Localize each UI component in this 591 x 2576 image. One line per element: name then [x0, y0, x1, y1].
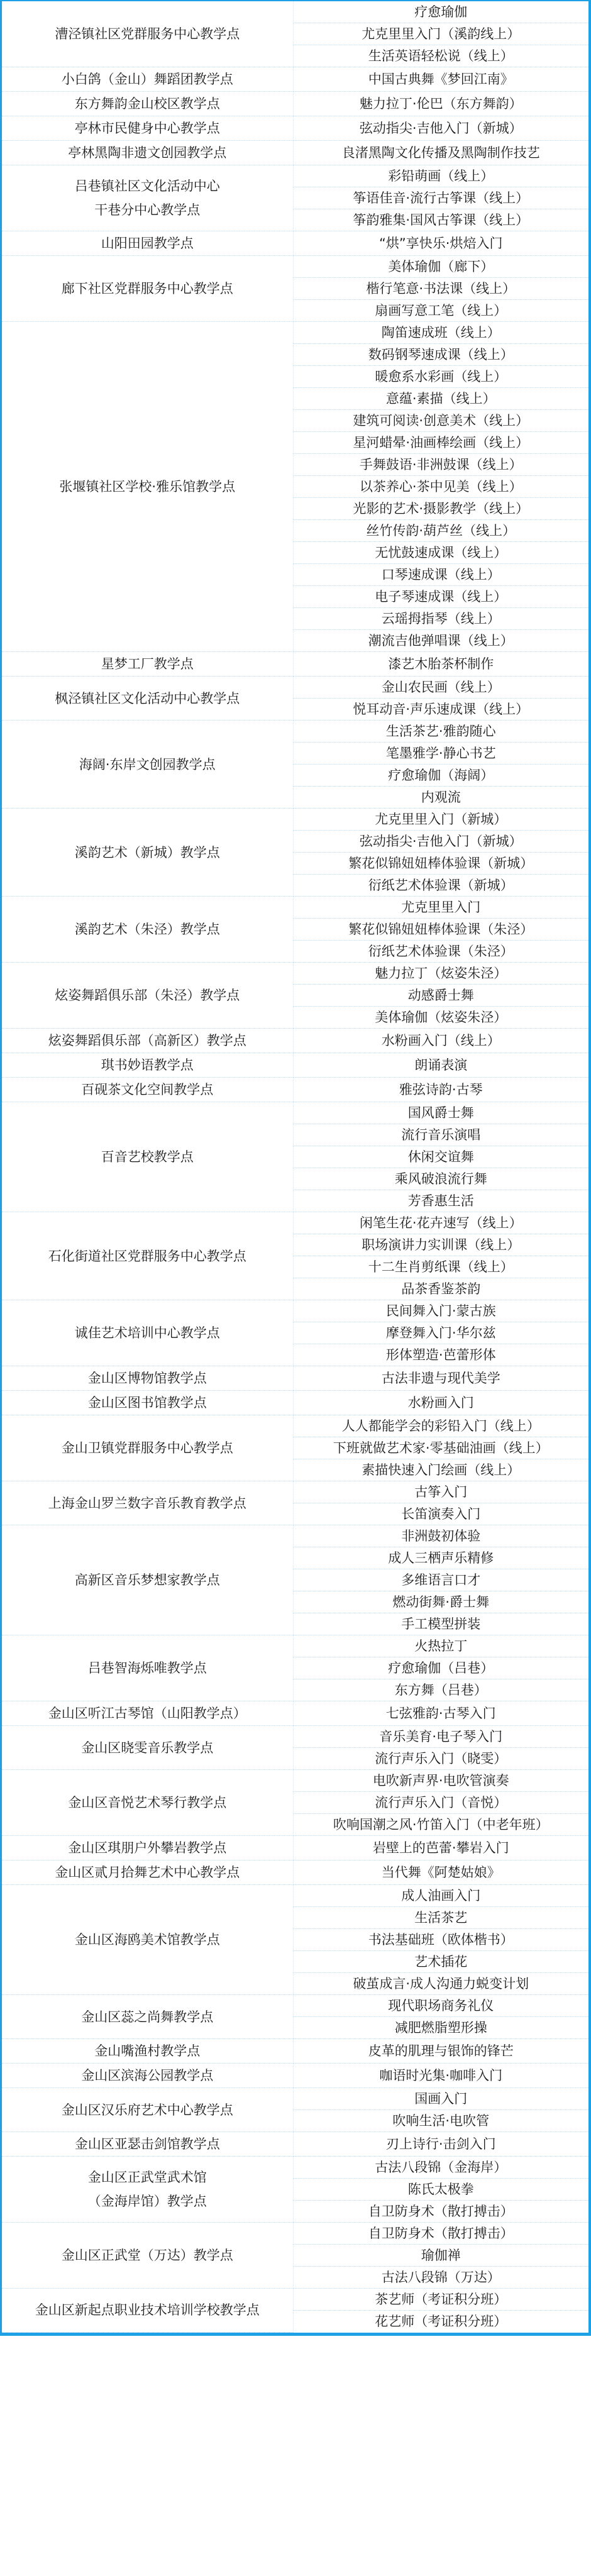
course-cell: 古筝入门	[293, 1481, 588, 1503]
table-body: 漕泾镇社区党群服务中心教学点疗愈瑜伽尤克里里入门（溪韵线上）生活英语轻松说（线上…	[2, 1, 588, 2332]
course-cell: “烘”享快乐·烘焙入门	[293, 231, 588, 256]
course-cell: 多维语言口才	[293, 1569, 588, 1591]
venue-cell: 金山嘴渔村教学点	[2, 2039, 293, 2064]
venue-name: 琪书妙语教学点	[4, 1053, 290, 1077]
venue-name: 漕泾镇社区党群服务中心教学点	[4, 22, 290, 46]
venue-name: 百砚茶文化空间教学点	[4, 1078, 290, 1102]
venue-cell: 金山区正武堂武术馆（金海岸馆）教学点	[2, 2157, 293, 2223]
table-row: 漕泾镇社区党群服务中心教学点疗愈瑜伽	[2, 1, 588, 23]
course-cell: 形体塑造·芭蕾形体	[293, 1344, 588, 1366]
table-row: 炫姿舞蹈俱乐部（高新区）教学点水粉画入门（线上）	[2, 1029, 588, 1053]
course-cell: 火热拉丁	[293, 1635, 588, 1657]
course-cell: 自卫防身术（散打搏击）	[293, 2201, 588, 2223]
table-row: 诚佳艺术培训中心教学点民间舞入门·蒙古族	[2, 1300, 588, 1322]
venue-name: 亭林市民健身中心教学点	[4, 116, 290, 140]
venue-name: 金山区音悦艺术琴行教学点	[4, 1791, 290, 1815]
venue-name: 山阳田园教学点	[4, 231, 290, 255]
venue-name: 金山区琪朋户外攀岩教学点	[4, 1836, 290, 1860]
venue-name: 吕巷智海烁唯教学点	[4, 1656, 290, 1680]
table-row: 海阔·东岸文创园教学点生活茶艺·雅韵随心	[2, 721, 588, 743]
venue-name: 金山区新起点职业技术培训学校教学点	[4, 2298, 290, 2322]
table-row: 小白鸽（金山）舞蹈团教学点中国古典舞《梦回江南》	[2, 67, 588, 92]
venue-cell: 枫泾镇社区文化活动中心教学点	[2, 677, 293, 721]
venue-cell: 金山区听江古琴馆（山阳教学点）	[2, 1701, 293, 1726]
course-cell: 流行音乐演唱	[293, 1124, 588, 1146]
course-cell: 生活英语轻松说（线上）	[293, 45, 588, 67]
table-row: 溪韵艺术（新城）教学点尤克里里入门（新城）	[2, 809, 588, 831]
course-cell: 燃动街舞·爵士舞	[293, 1591, 588, 1613]
schedule-frame: 漕泾镇社区党群服务中心教学点疗愈瑜伽尤克里里入门（溪韵线上）生活英语轻松说（线上…	[0, 0, 591, 2336]
course-cell: 民间舞入门·蒙古族	[293, 1300, 588, 1322]
course-cell: 无忧鼓速成课（线上）	[293, 542, 588, 564]
venue-name: 金山区正武堂（万达）教学点	[4, 2243, 290, 2267]
course-cell: 尤克里里入门（新城）	[293, 809, 588, 831]
course-cell: 魅力拉丁（炫姿朱泾）	[293, 963, 588, 985]
venue-cell: 张堰镇社区学校·雅乐馆教学点	[2, 322, 293, 652]
venue-cell: 金山区新起点职业技术培训学校教学点	[2, 2289, 293, 2333]
table-row: 金山嘴渔村教学点皮革的肌理与银饰的锋芒	[2, 2039, 588, 2064]
venue-cell: 上海金山罗兰数字音乐教育教学点	[2, 1481, 293, 1525]
course-cell: 花艺师（考证积分班）	[293, 2311, 588, 2333]
venue-name: 石化街道社区党群服务中心教学点	[4, 1244, 290, 1268]
venue-cell: 琪书妙语教学点	[2, 1053, 293, 1078]
table-row: 廊下社区党群服务中心教学点美体瑜伽（廊下）	[2, 256, 588, 278]
course-cell: 数码钢琴速成课（线上）	[293, 344, 588, 366]
table-row: 金山区亚瑟击剑馆教学点刃上诗行·击剑入门	[2, 2132, 588, 2157]
venue-cell: 亭林黑陶非遗文创园教学点	[2, 141, 293, 165]
course-cell: 动感爵士舞	[293, 985, 588, 1007]
course-cell: 国画入门	[293, 2088, 588, 2110]
course-cell: 美体瑜伽（廊下）	[293, 256, 588, 278]
course-cell: 吹响生活·电吹管	[293, 2110, 588, 2132]
venue-name: 张堰镇社区学校·雅乐馆教学点	[4, 475, 290, 499]
course-cell: 素描快速入门绘画（线上）	[293, 1459, 588, 1481]
venue-name: 干巷分中心教学点	[4, 198, 290, 222]
course-cell: 陈氏太极拳	[293, 2179, 588, 2201]
course-cell: 内观流	[293, 787, 588, 809]
course-cell: 漆艺木胎茶杯制作	[293, 652, 588, 677]
course-cell: 手工模型拼装	[293, 1613, 588, 1635]
venue-cell: 漕泾镇社区党群服务中心教学点	[2, 1, 293, 67]
table-row: 枫泾镇社区文化活动中心教学点金山农民画（线上）	[2, 677, 588, 699]
course-cell: 乘风破浪流行舞	[293, 1168, 588, 1190]
venue-cell: 溪韵艺术（朱泾）教学点	[2, 897, 293, 963]
course-cell: 美体瑜伽（炫姿朱泾）	[293, 1007, 588, 1029]
table-row: 星梦工厂教学点漆艺木胎茶杯制作	[2, 652, 588, 677]
course-cell: 彩铅萌画（线上）	[293, 165, 588, 187]
course-cell: 流行声乐入门（晓雯）	[293, 1748, 588, 1770]
course-cell: 东方舞（吕巷）	[293, 1679, 588, 1701]
course-cell: 成人油画入门	[293, 1885, 588, 1907]
venue-cell: 亭林市民健身中心教学点	[2, 116, 293, 141]
course-cell: 当代舞《阿楚姑娘》	[293, 1860, 588, 1885]
venue-cell: 廊下社区党群服务中心教学点	[2, 256, 293, 322]
table-row: 金山卫镇党群服务中心教学点人人都能学会的彩铅入门（线上）	[2, 1415, 588, 1437]
venue-cell: 金山卫镇党群服务中心教学点	[2, 1415, 293, 1481]
course-cell: 金山农民画（线上）	[293, 677, 588, 699]
course-cell: 生活茶艺	[293, 1907, 588, 1929]
course-cell: 丝竹传韵·葫芦丝（线上）	[293, 520, 588, 542]
venue-cell: 炫姿舞蹈俱乐部（高新区）教学点	[2, 1029, 293, 1053]
venue-name: 溪韵艺术（新城）教学点	[4, 841, 290, 865]
course-cell: 成人三栖声乐精修	[293, 1547, 588, 1569]
course-cell: 音乐美育·电子琴入门	[293, 1726, 588, 1748]
table-row: 石化街道社区党群服务中心教学点闲笔生花·花卉速写（线上）	[2, 1212, 588, 1234]
course-cell: 良渚黑陶文化传播及黑陶制作技艺	[293, 141, 588, 165]
venue-name: 小白鸽（金山）舞蹈团教学点	[4, 67, 290, 91]
venue-name: 海阔·东岸文创园教学点	[4, 753, 290, 777]
venue-name: 金山卫镇党群服务中心教学点	[4, 1436, 290, 1460]
venue-name: 金山区贰月拾舞艺术中心教学点	[4, 1860, 290, 1884]
course-cell: 七弦雅韵·古琴入门	[293, 1701, 588, 1726]
course-cell: 休闲交谊舞	[293, 1146, 588, 1168]
table-row: 亭林市民健身中心教学点弦动指尖·吉他入门（新城）	[2, 116, 588, 141]
course-cell: 生活茶艺·雅韵随心	[293, 721, 588, 743]
course-cell: 减肥燃脂塑形操	[293, 2017, 588, 2039]
course-cell: 古法八段锦（万达）	[293, 2267, 588, 2289]
course-cell: 十二生肖剪纸课（线上）	[293, 1256, 588, 1278]
venue-cell: 金山区博物馆教学点	[2, 1366, 293, 1391]
venue-cell: 吕巷智海烁唯教学点	[2, 1635, 293, 1701]
venue-cell: 高新区音乐梦想家教学点	[2, 1525, 293, 1635]
course-cell: 繁花似锦妞妞棒体验课（新城）	[293, 853, 588, 875]
course-cell: 艺术插花	[293, 1951, 588, 1973]
course-cell: 水粉画入门	[293, 1391, 588, 1415]
venue-cell: 溪韵艺术（新城）教学点	[2, 809, 293, 897]
table-row: 溪韵艺术（朱泾）教学点尤克里里入门	[2, 897, 588, 919]
course-cell: 尤克里里入门（溪韵线上）	[293, 23, 588, 45]
course-cell: 筝韵雅集·国风古筝课（线上）	[293, 209, 588, 231]
table-row: 金山区蕊之尚舞教学点现代职场商务礼仪	[2, 1995, 588, 2017]
course-cell: 古法非遗与现代美学	[293, 1366, 588, 1391]
course-cell: 扇画写意工笔（线上）	[293, 300, 588, 322]
course-cell: 暖愈系水彩画（线上）	[293, 366, 588, 388]
venue-name: 亭林黑陶非遗文创园教学点	[4, 141, 290, 165]
venue-cell: 金山区滨海公园教学点	[2, 2064, 293, 2088]
venue-cell: 金山区音悦艺术琴行教学点	[2, 1770, 293, 1836]
course-cell: 人人都能学会的彩铅入门（线上）	[293, 1415, 588, 1437]
venue-name: 枫泾镇社区文化活动中心教学点	[4, 687, 290, 710]
table-row: 金山区正武堂武术馆（金海岸馆）教学点古法八段锦（金海岸）	[2, 2157, 588, 2179]
venue-cell: 金山区琪朋户外攀岩教学点	[2, 1836, 293, 1860]
table-row: 吕巷镇社区文化活动中心干巷分中心教学点彩铅萌画（线上）	[2, 165, 588, 187]
course-cell: 国风爵士舞	[293, 1102, 588, 1124]
course-cell: 非洲鼓初体验	[293, 1525, 588, 1547]
venue-cell: 山阳田园教学点	[2, 231, 293, 256]
course-cell: 筝语佳音·流行古筝课（线上）	[293, 187, 588, 209]
course-cell: 以茶养心·茶中见美（线上）	[293, 476, 588, 498]
course-cell: 古法八段锦（金海岸）	[293, 2157, 588, 2179]
venue-cell: 吕巷镇社区文化活动中心干巷分中心教学点	[2, 165, 293, 231]
venue-name: （金海岸馆）教学点	[4, 2189, 290, 2213]
course-cell: 悦耳动音·声乐速成课（线上）	[293, 699, 588, 721]
venue-name: 金山区海鸥美术馆教学点	[4, 1928, 290, 1952]
course-cell: 疗愈瑜伽（海阔）	[293, 765, 588, 787]
venue-name: 金山区正武堂武术馆	[4, 2165, 290, 2189]
course-cell: 水粉画入门（线上）	[293, 1029, 588, 1053]
course-cell: 建筑可阅读·创意美术（线上）	[293, 410, 588, 432]
venue-cell: 石化街道社区党群服务中心教学点	[2, 1212, 293, 1300]
venue-cell: 金山区正武堂（万达）教学点	[2, 2223, 293, 2289]
venue-cell: 东方舞韵金山校区教学点	[2, 92, 293, 116]
table-row: 金山区听江古琴馆（山阳教学点）七弦雅韵·古琴入门	[2, 1701, 588, 1726]
course-cell: 瑜伽禅	[293, 2245, 588, 2267]
venue-cell: 金山区汉乐府艺术中心教学点	[2, 2088, 293, 2132]
course-cell: 吹响国潮之风·竹笛入门（中老年班）	[293, 1814, 588, 1836]
course-cell: 摩登舞入门·华尔兹	[293, 1322, 588, 1344]
course-cell: 电子琴速成课（线上）	[293, 586, 588, 608]
venue-cell: 金山区蕊之尚舞教学点	[2, 1995, 293, 2039]
course-cell: 疗愈瑜伽	[293, 1, 588, 23]
course-cell: 现代职场商务礼仪	[293, 1995, 588, 2017]
table-row: 金山区琪朋户外攀岩教学点岩壁上的芭蕾·攀岩入门	[2, 1836, 588, 1860]
venue-name: 金山区汉乐府艺术中心教学点	[4, 2098, 290, 2122]
venue-cell: 百音艺校教学点	[2, 1102, 293, 1212]
course-cell: 光影的艺术·摄影教学（线上）	[293, 498, 588, 520]
venue-name: 廊下社区党群服务中心教学点	[4, 277, 290, 301]
table-row: 百砚茶文化空间教学点雅弦诗韵·古琴	[2, 1078, 588, 1102]
course-cell: 疗愈瑜伽（吕巷）	[293, 1657, 588, 1679]
venue-name: 金山区亚瑟击剑馆教学点	[4, 2132, 290, 2156]
venue-cell: 星梦工厂教学点	[2, 652, 293, 677]
table-row: 金山区新起点职业技术培训学校教学点茶艺师（考证积分班）	[2, 2289, 588, 2311]
table-row: 亭林黑陶非遗文创园教学点良渚黑陶文化传播及黑陶制作技艺	[2, 141, 588, 165]
table-row: 金山区海鸥美术馆教学点成人油画入门	[2, 1885, 588, 1907]
course-cell: 闲笔生花·花卉速写（线上）	[293, 1212, 588, 1234]
venue-name: 金山区图书馆教学点	[4, 1391, 290, 1415]
table-row: 金山区图书馆教学点水粉画入门	[2, 1391, 588, 1415]
course-cell: 魅力拉丁·伦巴（东方舞韵）	[293, 92, 588, 116]
course-cell: 电吹新声界·电吹管演奏	[293, 1770, 588, 1792]
course-cell: 陶笛速成班（线上）	[293, 322, 588, 344]
course-cell: 笔墨雅学·静心书艺	[293, 743, 588, 765]
venue-cell: 海阔·东岸文创园教学点	[2, 721, 293, 809]
table-row: 金山区正武堂（万达）教学点自卫防身术（散打搏击）	[2, 2223, 588, 2245]
course-cell: 衍纸艺术体验课（朱泾）	[293, 941, 588, 963]
course-cell: 弦动指尖·吉他入门（新城）	[293, 831, 588, 853]
venue-cell: 金山区海鸥美术馆教学点	[2, 1885, 293, 1995]
course-cell: 雅弦诗韵·古琴	[293, 1078, 588, 1102]
venue-name: 溪韵艺术（朱泾）教学点	[4, 917, 290, 941]
venue-cell: 小白鸽（金山）舞蹈团教学点	[2, 67, 293, 92]
course-cell: 中国古典舞《梦回江南》	[293, 67, 588, 92]
course-cell: 繁花似锦妞妞棒体验课（朱泾）	[293, 919, 588, 941]
venue-name: 诚佳艺术培训中心教学点	[4, 1321, 290, 1345]
course-cell: 意蕴·素描（线上）	[293, 388, 588, 410]
course-cell: 茶艺师（考证积分班）	[293, 2289, 588, 2311]
course-cell: 衍纸艺术体验课（新城）	[293, 875, 588, 897]
venue-cell: 金山区图书馆教学点	[2, 1391, 293, 1415]
table-row: 高新区音乐梦想家教学点非洲鼓初体验	[2, 1525, 588, 1547]
venue-name: 东方舞韵金山校区教学点	[4, 92, 290, 116]
table-row: 炫姿舞蹈俱乐部（朱泾）教学点魅力拉丁（炫姿朱泾）	[2, 963, 588, 985]
venue-name: 高新区音乐梦想家教学点	[4, 1568, 290, 1592]
course-cell: 书法基础班（欧体楷书）	[293, 1929, 588, 1951]
course-cell: 尤克里里入门	[293, 897, 588, 919]
course-cell: 品茶香鉴茶韵	[293, 1278, 588, 1300]
course-cell: 刃上诗行·击剑入门	[293, 2132, 588, 2157]
table-row: 张堰镇社区学校·雅乐馆教学点陶笛速成班（线上）	[2, 322, 588, 344]
course-cell: 手舞鼓语·非洲鼓课（线上）	[293, 454, 588, 476]
course-cell: 岩壁上的芭蕾·攀岩入门	[293, 1836, 588, 1860]
venue-name: 炫姿舞蹈俱乐部（高新区）教学点	[4, 1029, 290, 1053]
course-cell: 咖语时光集·咖啡入门	[293, 2064, 588, 2088]
venue-name: 金山区博物馆教学点	[4, 1366, 290, 1390]
venue-name: 金山区滨海公园教学点	[4, 2064, 290, 2087]
venue-name: 炫姿舞蹈俱乐部（朱泾）教学点	[4, 983, 290, 1007]
table-row: 金山区晓雯音乐教学点音乐美育·电子琴入门	[2, 1726, 588, 1748]
table-row: 上海金山罗兰数字音乐教育教学点古筝入门	[2, 1481, 588, 1503]
course-cell: 下班就做艺术家·零基础油画（线上）	[293, 1437, 588, 1459]
table-row: 金山区音悦艺术琴行教学点电吹新声界·电吹管演奏	[2, 1770, 588, 1792]
venue-cell: 金山区亚瑟击剑馆教学点	[2, 2132, 293, 2157]
course-cell: 星河蜡晕·油画棒绘画（线上）	[293, 432, 588, 454]
table-row: 金山区贰月拾舞艺术中心教学点当代舞《阿楚姑娘》	[2, 1860, 588, 1885]
venue-cell: 诚佳艺术培训中心教学点	[2, 1300, 293, 1366]
venue-name: 金山区蕊之尚舞教学点	[4, 2005, 290, 2029]
venue-cell: 百砚茶文化空间教学点	[2, 1078, 293, 1102]
venue-name: 上海金山罗兰数字音乐教育教学点	[4, 1491, 290, 1515]
course-cell: 皮革的肌理与银饰的锋芒	[293, 2039, 588, 2064]
course-cell: 弦动指尖·吉他入门（新城）	[293, 116, 588, 141]
course-cell: 口琴速成课（线上）	[293, 564, 588, 586]
table-row: 山阳田园教学点“烘”享快乐·烘焙入门	[2, 231, 588, 256]
venue-cell: 金山区晓雯音乐教学点	[2, 1726, 293, 1770]
course-cell: 芳香惠生活	[293, 1190, 588, 1212]
table-row: 琪书妙语教学点朗诵表演	[2, 1053, 588, 1078]
table-row: 吕巷智海烁唯教学点火热拉丁	[2, 1635, 588, 1657]
venue-cell: 炫姿舞蹈俱乐部（朱泾）教学点	[2, 963, 293, 1029]
venue-course-table: 漕泾镇社区党群服务中心教学点疗愈瑜伽尤克里里入门（溪韵线上）生活英语轻松说（线上…	[2, 1, 588, 2333]
course-cell: 自卫防身术（散打搏击）	[293, 2223, 588, 2245]
venue-cell: 金山区贰月拾舞艺术中心教学点	[2, 1860, 293, 1885]
table-row: 东方舞韵金山校区教学点魅力拉丁·伦巴（东方舞韵）	[2, 92, 588, 116]
table-row: 百音艺校教学点国风爵士舞	[2, 1102, 588, 1124]
course-cell: 朗诵表演	[293, 1053, 588, 1078]
venue-name: 金山区晓雯音乐教学点	[4, 1736, 290, 1760]
course-cell: 云瑶拇指琴（线上）	[293, 608, 588, 630]
course-cell: 长笛演奏入门	[293, 1503, 588, 1525]
venue-name: 金山嘴渔村教学点	[4, 2039, 290, 2063]
table-row: 金山区博物馆教学点古法非遗与现代美学	[2, 1366, 588, 1391]
course-cell: 楷行笔意·书法课（线上）	[293, 278, 588, 300]
venue-name: 金山区听江古琴馆（山阳教学点）	[4, 1701, 290, 1725]
table-row: 金山区滨海公园教学点咖语时光集·咖啡入门	[2, 2064, 588, 2088]
venue-name: 吕巷镇社区文化活动中心	[4, 174, 290, 198]
venue-name: 百音艺校教学点	[4, 1145, 290, 1169]
table-row: 金山区汉乐府艺术中心教学点国画入门	[2, 2088, 588, 2110]
course-cell: 职场演讲力实训课（线上）	[293, 1234, 588, 1256]
course-cell: 破茧成言·成人沟通力蜕变计划	[293, 1973, 588, 1995]
course-cell: 流行声乐入门（音悦）	[293, 1792, 588, 1814]
course-cell: 潮流吉他弹唱课（线上）	[293, 630, 588, 652]
venue-name: 星梦工厂教学点	[4, 652, 290, 676]
